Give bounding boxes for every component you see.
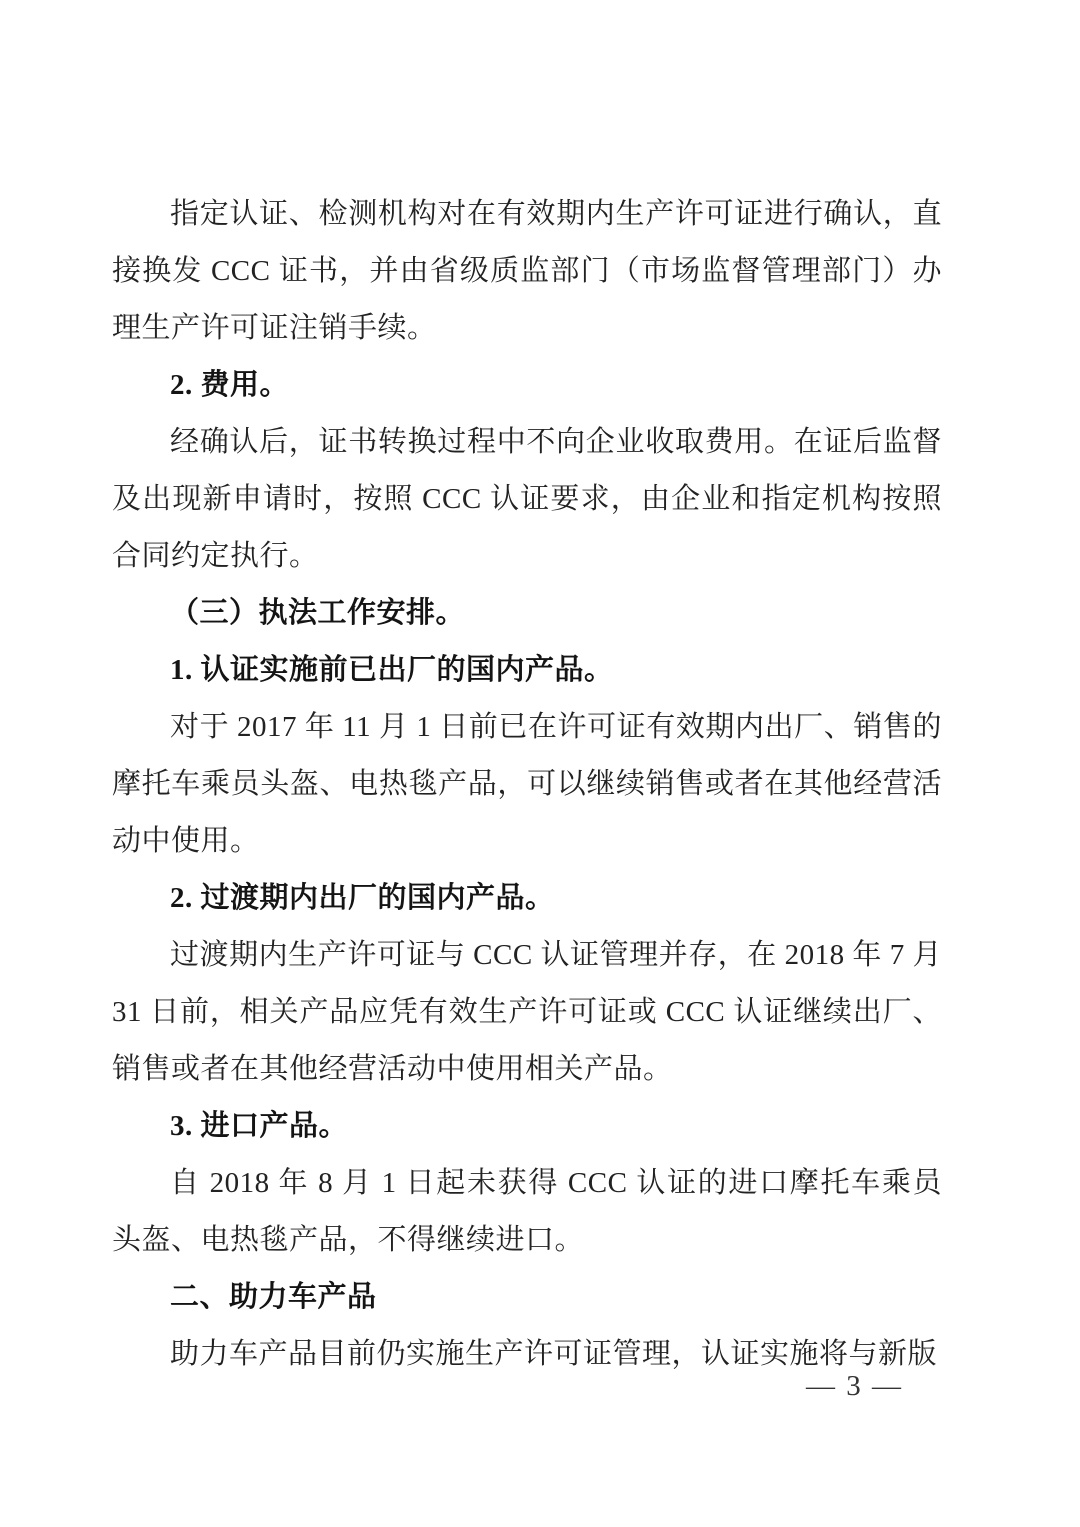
document-page: 指定认证、检测机构对在有效期内生产许可证进行确认，直接换发 CCC 证书，并由省… [0,0,1080,1527]
section-heading: 3. 进口产品。 [112,1098,942,1155]
document-body: 指定认证、检测机构对在有效期内生产许可证进行确认，直接换发 CCC 证书，并由省… [112,186,942,1383]
section-heading: （三）执法工作安排。 [112,585,942,642]
section-heading: 1. 认证实施前已出厂的国内产品。 [112,642,942,699]
page-number: — 3 — [806,1370,903,1402]
body-paragraph: 过渡期内生产许可证与 CCC 认证管理并存，在 2018 年 7 月 31 日前… [112,927,942,1098]
section-heading: 2. 过渡期内出厂的国内产品。 [112,870,942,927]
body-paragraph: 经确认后，证书转换过程中不向企业收取费用。在证后监督及出现新申请时，按照 CCC… [112,414,942,585]
body-paragraph: 指定认证、检测机构对在有效期内生产许可证进行确认，直接换发 CCC 证书，并由省… [112,186,942,357]
section-heading: 二、助力车产品 [112,1269,942,1326]
section-heading: 2. 费用。 [112,357,942,414]
body-paragraph: 对于 2017 年 11 月 1 日前已在许可证有效期内出厂、销售的摩托车乘员头… [112,699,942,870]
body-paragraph: 自 2018 年 8 月 1 日起未获得 CCC 认证的进口摩托车乘员头盔、电热… [112,1155,942,1269]
